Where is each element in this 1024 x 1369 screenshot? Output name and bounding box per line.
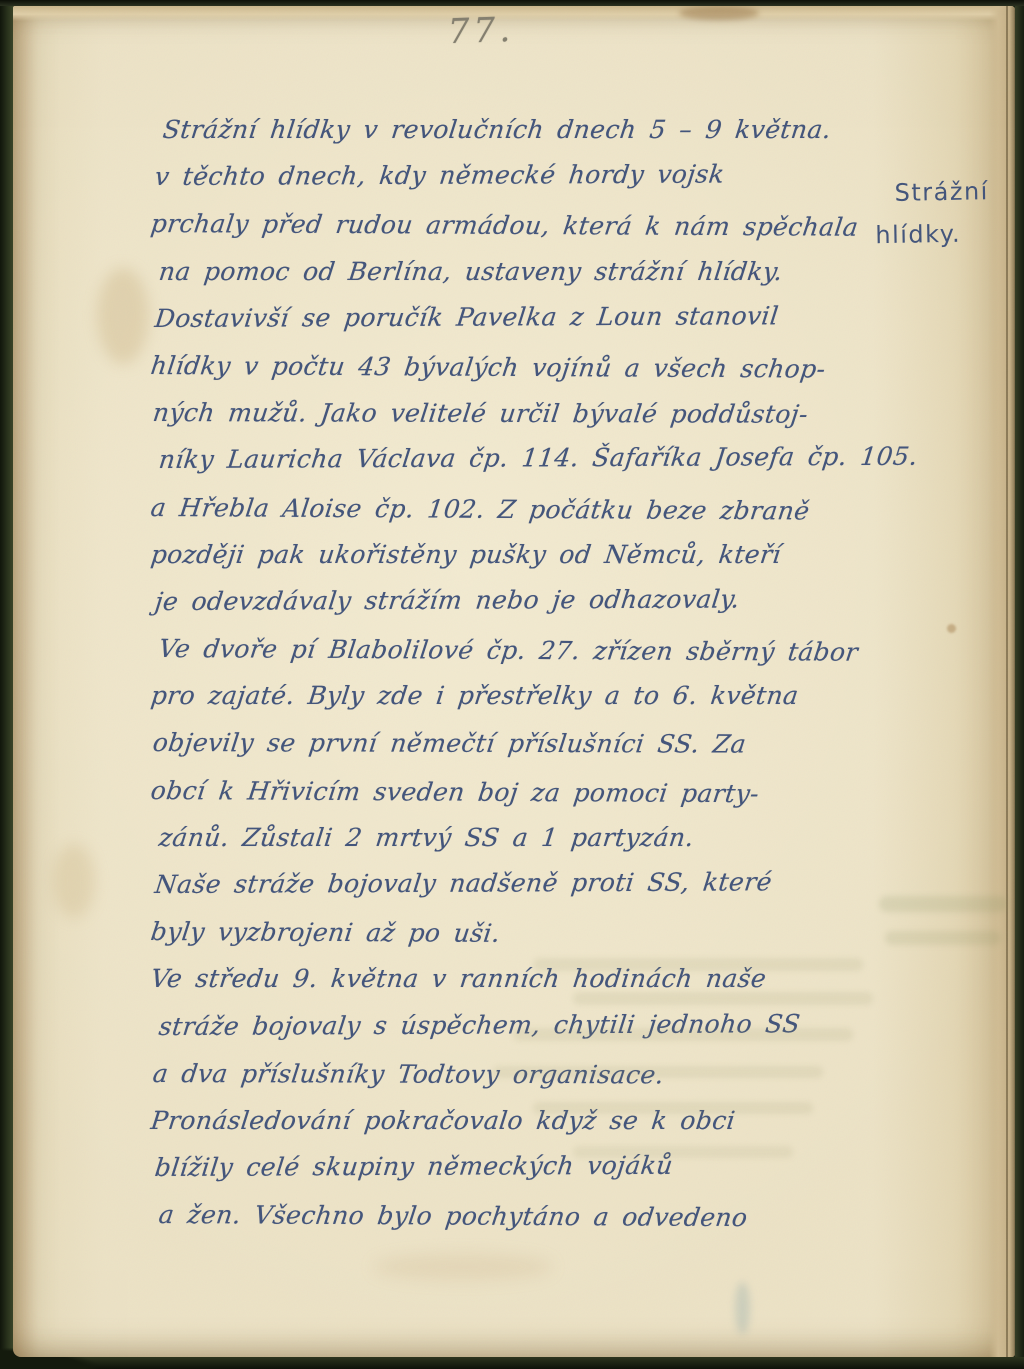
manuscript-line: a dva příslušníky Todtovy organisace.	[150, 1050, 914, 1099]
manuscript-line: Naše stráže bojovaly nadšeně proti SS, k…	[152, 858, 914, 908]
manuscript-line: ných mužů. Jako velitelé určil bývalé po…	[150, 389, 914, 438]
manuscript-line: blížily celé skupiny německých vojáků	[152, 1141, 914, 1191]
manuscript-text: Strážní hlídky v revolučních dnech 5 – 9…	[151, 106, 911, 1239]
paper-stain	[735, 1282, 750, 1334]
manuscript-line: níky Lauricha Václava čp. 114. Šafaříka …	[156, 433, 914, 483]
manuscript-line: Pronásledování pokračovalo když se k obc…	[148, 1097, 914, 1144]
manuscript-line: Ve dvoře pí Blabolilové čp. 27. zřízen s…	[156, 625, 914, 676]
paper-stain	[373, 1254, 553, 1280]
book-scan: 77. Strážní hlídky. Strážní hlídky v rev…	[0, 0, 1024, 1369]
manuscript-line: Strážní hlídky v revolučních dnech 5 – 9…	[160, 106, 914, 153]
paper-stain	[97, 268, 149, 364]
paper-stain	[53, 844, 95, 918]
page-number: 77.	[447, 13, 514, 49]
manuscript-line: objevily se první němečtí příslušníci SS…	[150, 719, 914, 768]
manuscript-line: Dostavivší se poručík Pavelka z Loun sta…	[152, 291, 914, 341]
chronicle-page: 77. Strážní hlídky. Strážní hlídky v rev…	[13, 6, 1015, 1357]
manuscript-line: na pomoc od Berlína, ustaveny strážní hl…	[156, 248, 914, 295]
manuscript-line: stráže bojovaly s úspěchem, chytili jedn…	[156, 999, 914, 1049]
manuscript-line: prchaly před rudou armádou, která k nám …	[148, 200, 914, 251]
manuscript-line: v těchto dnech, kdy německé hordy vojsk	[152, 150, 914, 200]
book-cover-edge-right	[1015, 0, 1024, 1369]
manuscript-line: Ve středu 9. května v ranních hodinách n…	[148, 955, 914, 1002]
manuscript-line: obcí k Hřivicím sveden boj za pomoci par…	[148, 767, 914, 818]
page-edge-top	[13, 6, 1015, 21]
manuscript-line: je odevzdávaly strážím nebo je odhazoval…	[152, 575, 914, 625]
manuscript-line: hlídky v počtu 43 bývalých vojínů a všec…	[148, 342, 914, 393]
manuscript-line: později pak ukořistěny pušky od Němců, k…	[148, 531, 914, 578]
manuscript-line: a Hřebla Aloise čp. 102. Z počátku beze …	[148, 484, 914, 535]
book-cover-edge-top	[0, 0, 1024, 6]
manuscript-line: byly vyzbrojeni až po uši.	[148, 908, 914, 959]
book-cover-edge-left	[0, 0, 13, 1369]
ink-speck	[947, 624, 956, 633]
manuscript-line: a žen. Všechno bylo pochytáno a odvedeno	[156, 1191, 914, 1242]
book-cover-edge-bottom	[0, 1357, 1024, 1369]
manuscript-line: zánů. Zůstali 2 mrtvý SS a 1 partyzán.	[156, 814, 914, 861]
manuscript-line: pro zajaté. Byly zde i přestřelky a to 6…	[148, 672, 914, 719]
